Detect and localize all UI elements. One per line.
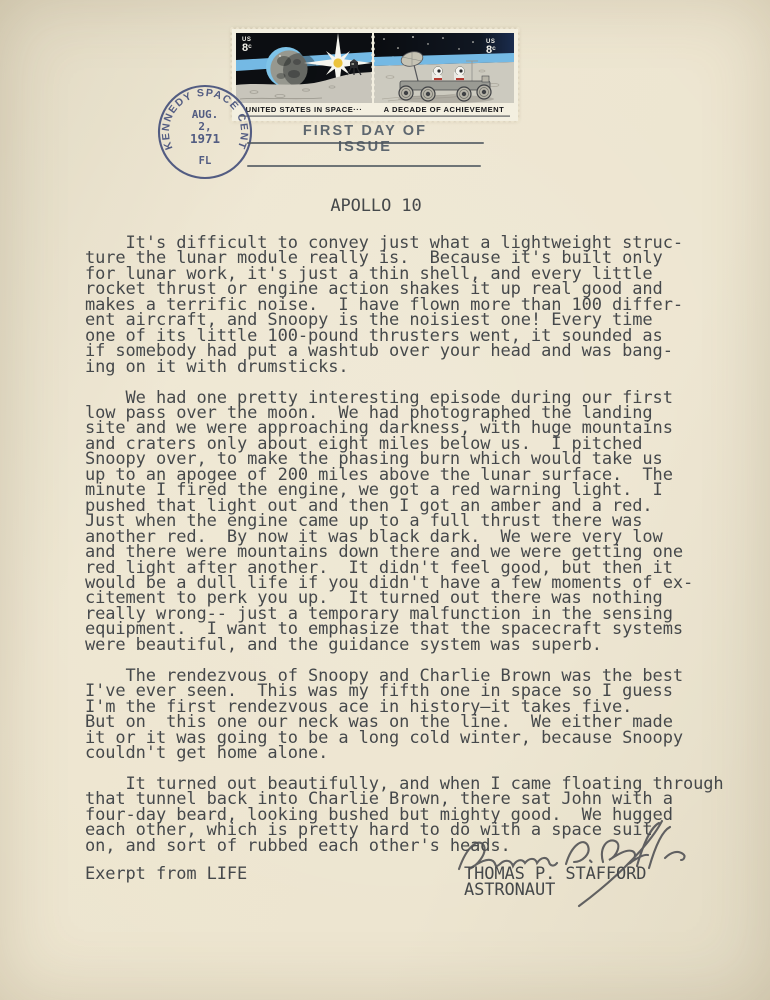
sun-center [333, 58, 342, 67]
stamp-artwork: US 8c [232, 29, 518, 121]
signature-middle-initial-stroke [566, 842, 589, 864]
suit-red-stripe [434, 78, 442, 80]
postmark-cancel: KENNEDY SPACE CENTER AUG. 2, 1971 FL [150, 77, 260, 187]
suit-red-stripe [456, 78, 464, 80]
stamp-caption-left: UNITED STATES IN SPACE··· [246, 105, 363, 114]
letter-body: It's difficult to convey just what a lig… [85, 236, 724, 854]
signature-tall-loop-2 [649, 827, 670, 868]
signature-end-stroke [665, 852, 684, 860]
footer-source: Exerpt from LIFE [85, 867, 247, 882]
signature-tall-loop-1 [637, 823, 659, 866]
stamp-caption-underline [240, 116, 510, 117]
postmark-year: 1971 [190, 131, 220, 146]
signature-first-name-stroke [459, 843, 557, 869]
rover-chassis [400, 81, 490, 90]
postage-stamp-pair: US 8c [232, 29, 518, 121]
signature-period-stroke [590, 861, 592, 863]
stamp-caption-right: A DECADE OF ACHIEVEMENT [384, 105, 505, 114]
letter-page: US 8c [0, 0, 770, 1000]
handwritten-signature [438, 798, 723, 916]
address-line-2 [247, 165, 481, 167]
first-day-of-issue-label: FIRST DAY OF ISSUE [280, 123, 450, 155]
stamp-right-lunar-rover: US 8c [374, 33, 514, 103]
postmark-state: FL [199, 155, 212, 167]
letter-title: APOLLO 10 [72, 199, 680, 214]
address-line-1 [247, 142, 484, 144]
rover-camera [482, 76, 489, 82]
